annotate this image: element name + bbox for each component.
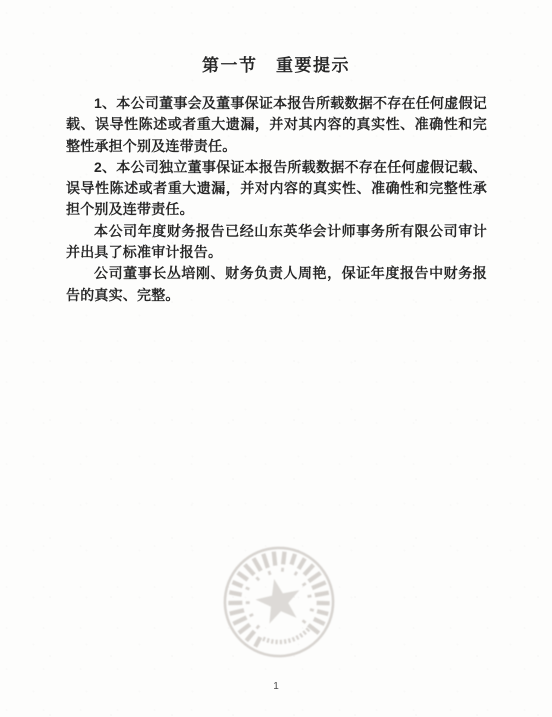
paragraph-chairman-cfo-statement: 公司董事长丛培刚、财务负责人周艳，保证年度报告中财务报告的真实、完整。 (66, 263, 487, 306)
page-number: 1 (0, 681, 552, 692)
seal-icon (209, 532, 349, 672)
paragraph-board-statement: 1、本公司董事会及董事保证本报告所载数据不存在任何虚假记载、误导性陈述或者重大遗… (66, 93, 487, 157)
section-title: 第一节 重要提示 (0, 51, 552, 76)
paragraph-audit-statement: 本公司年度财务报告已经山东英华会计师事务所有限公司审计并出具了标准审计报告。 (66, 221, 487, 264)
seal-star-icon (252, 574, 305, 625)
paragraph-independent-directors-statement: 2、本公司独立董事保证本报告所载数据不存在任何虚假记载、误导性陈述或者重大遗漏，… (66, 157, 487, 221)
document-body: 1、本公司董事会及董事保证本报告所载数据不存在任何虚假记载、误导性陈述或者重大遗… (66, 93, 487, 306)
document-page: 第一节 重要提示 1、本公司董事会及董事保证本报告所载数据不存在任何虚假记载、误… (0, 0, 552, 717)
company-seal-stamp (209, 532, 349, 672)
